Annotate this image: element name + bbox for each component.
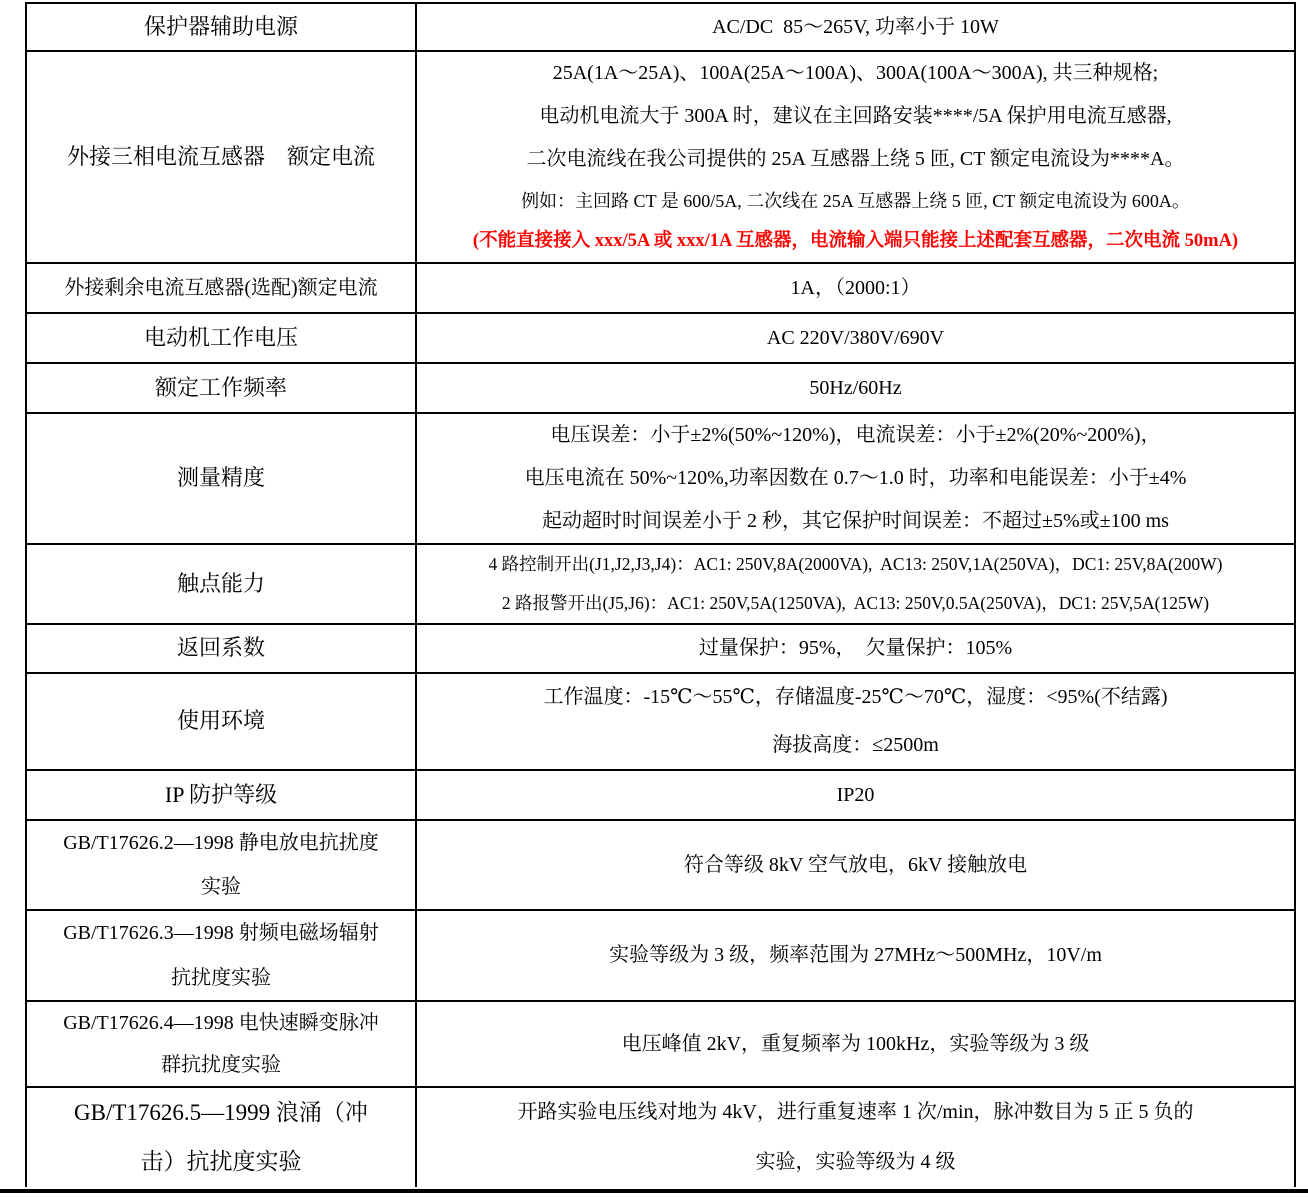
value-line: AC 220V/380V/690V — [425, 325, 1286, 352]
table-row: 电动机工作电压 AC 220V/380V/690V — [27, 314, 1294, 364]
label-line: 抗扰度实验 — [32, 964, 410, 992]
label-line: 击）抗扰度实验 — [32, 1146, 410, 1178]
row-value: 过量保护：95%， 欠量保护：105% — [417, 625, 1294, 672]
table-row: GB/T17626.5—1999 浪涌（冲 击）抗扰度实验 开路实验电压线对地为… — [27, 1088, 1294, 1187]
row-value: 电压峰值 2kV，重复频率为 100kHz，实验等级为 3 级 — [417, 1002, 1294, 1086]
row-value: AC 220V/380V/690V — [417, 314, 1294, 362]
label-line: 保护器辅助电源 — [32, 12, 410, 43]
row-label: GB/T17626.2—1998 静电放电抗扰度 实验 — [27, 821, 417, 909]
row-value: 开路实验电压线对地为 4kV，进行重复速率 1 次/min，脉冲数目为 5 正 … — [417, 1088, 1294, 1187]
label-line: GB/T17626.5—1999 浪涌（冲 — [32, 1097, 410, 1129]
row-value: 4 路控制开出(J1,J2,J3,J4)：AC1: 250V,8A(2000VA… — [417, 545, 1294, 623]
label-line: 测量精度 — [32, 463, 410, 494]
table-row: 使用环境 工作温度：-15℃～55℃，存储温度-25℃～70℃，湿度：<95%(… — [27, 674, 1294, 771]
row-value: 电压误差：小于±2%(50%~120%)，电流误差：小于±2%(20%~200%… — [417, 414, 1294, 543]
value-line: 50Hz/60Hz — [425, 375, 1286, 402]
label-line: 电动机工作电压 — [32, 323, 410, 354]
value-line: 工作温度：-15℃～55℃，存储温度-25℃～70℃，湿度：<95%(不结露) — [425, 684, 1286, 711]
row-value: 1A，（2000:1） — [417, 264, 1294, 312]
label-line: 使用环境 — [32, 706, 410, 737]
value-line: IP20 — [425, 782, 1286, 809]
value-line: 实验等级为 3 级，频率范围为 27MHz～500MHz，10V/m — [425, 942, 1286, 969]
row-value: 工作温度：-15℃～55℃，存储温度-25℃～70℃，湿度：<95%(不结露) … — [417, 674, 1294, 769]
value-line: 电压峰值 2kV，重复频率为 100kHz，实验等级为 3 级 — [425, 1031, 1286, 1058]
row-label: GB/T17626.3—1998 射频电磁场辐射 抗扰度实验 — [27, 911, 417, 1000]
table-row: 保护器辅助电源 AC/DC 85～265V, 功率小于 10W — [27, 4, 1294, 52]
label-line: 触点能力 — [32, 569, 410, 600]
value-line: 开路实验电压线对地为 4kV，进行重复速率 1 次/min，脉冲数目为 5 正 … — [425, 1099, 1286, 1126]
row-label: 保护器辅助电源 — [27, 4, 417, 50]
table-row: IP 防护等级 IP20 — [27, 771, 1294, 821]
value-line: 2 路报警开出(J5,J6)：AC1: 250V,5A(1250VA), AC1… — [425, 592, 1286, 616]
label-line: 返回系数 — [32, 633, 410, 664]
value-line: 电动机电流大于 300A 时，建议在主回路安装****/5A 保护用电流互感器, — [425, 103, 1286, 130]
row-value: 实验等级为 3 级，频率范围为 27MHz～500MHz，10V/m — [417, 911, 1294, 1000]
label-line: 额定工作频率 — [32, 373, 410, 404]
row-value: IP20 — [417, 771, 1294, 819]
value-line: 25A(1A～25A)、100A(25A～100A)、300A(100A～300… — [425, 60, 1286, 87]
value-line: 电压电流在 50%~120%,功率因数在 0.7～1.0 时，功率和电能误差：小… — [425, 465, 1286, 492]
value-line: 电压误差：小于±2%(50%~120%)，电流误差：小于±2%(20%~200%… — [425, 422, 1286, 449]
spec-table: 保护器辅助电源 AC/DC 85～265V, 功率小于 10W 外接三相电流互感… — [25, 2, 1296, 1187]
table-row: GB/T17626.4—1998 电快速瞬变脉冲 群抗扰度实验 电压峰值 2kV… — [27, 1002, 1294, 1088]
value-line: 过量保护：95%， 欠量保护：105% — [425, 635, 1286, 662]
table-row: 返回系数 过量保护：95%， 欠量保护：105% — [27, 625, 1294, 674]
label-line: IP 防护等级 — [32, 780, 410, 811]
row-label: 电动机工作电压 — [27, 314, 417, 362]
table-row: 额定工作频率 50Hz/60Hz — [27, 364, 1294, 414]
value-line: 二次电流线在我公司提供的 25A 互感器上绕 5 匝, CT 额定电流设为***… — [425, 146, 1286, 173]
row-value: 50Hz/60Hz — [417, 364, 1294, 412]
row-label: 额定工作频率 — [27, 364, 417, 412]
value-line: AC/DC 85～265V, 功率小于 10W — [425, 14, 1286, 41]
label-line: GB/T17626.3—1998 射频电磁场辐射 — [32, 919, 410, 947]
row-label: GB/T17626.5—1999 浪涌（冲 击）抗扰度实验 — [27, 1088, 417, 1187]
label-line: 群抗扰度实验 — [32, 1051, 410, 1079]
row-label: 返回系数 — [27, 625, 417, 672]
label-line: GB/T17626.2—1998 静电放电抗扰度 — [32, 829, 410, 857]
value-line: 实验，实验等级为 4 级 — [425, 1149, 1286, 1176]
table-row: 外接三相电流互感器 额定电流 25A(1A～25A)、100A(25A～100A… — [27, 52, 1294, 264]
row-label: 使用环境 — [27, 674, 417, 769]
value-line: 1A，（2000:1） — [425, 275, 1286, 302]
row-label: 触点能力 — [27, 545, 417, 623]
table-row: GB/T17626.3—1998 射频电磁场辐射 抗扰度实验 实验等级为 3 级… — [27, 911, 1294, 1002]
table-row: 触点能力 4 路控制开出(J1,J2,J3,J4)：AC1: 250V,8A(2… — [27, 545, 1294, 625]
row-label: 测量精度 — [27, 414, 417, 543]
table-row: 外接剩余电流互感器(选配)额定电流 1A，（2000:1） — [27, 264, 1294, 314]
label-line: 外接剩余电流互感器(选配)额定电流 — [32, 274, 410, 302]
warning-line: (不能直接接入 xxx/5A 或 xxx/1A 互感器，电流输入端只能接上述配套… — [425, 229, 1286, 254]
document-page: 保护器辅助电源 AC/DC 85～265V, 功率小于 10W 外接三相电流互感… — [0, 0, 1308, 1198]
value-line: 符合等级 8kV 空气放电，6kV 接触放电 — [425, 852, 1286, 879]
label-line: 实验 — [32, 873, 410, 901]
row-label: GB/T17626.4—1998 电快速瞬变脉冲 群抗扰度实验 — [27, 1002, 417, 1086]
table-row: GB/T17626.2—1998 静电放电抗扰度 实验 符合等级 8kV 空气放… — [27, 821, 1294, 911]
value-line: 4 路控制开出(J1,J2,J3,J4)：AC1: 250V,8A(2000VA… — [425, 553, 1286, 577]
row-value: 25A(1A～25A)、100A(25A～100A)、300A(100A～300… — [417, 52, 1294, 262]
row-value: AC/DC 85～265V, 功率小于 10W — [417, 4, 1294, 50]
table-row: 测量精度 电压误差：小于±2%(50%~120%)，电流误差：小于±2%(20%… — [27, 414, 1294, 545]
row-label: IP 防护等级 — [27, 771, 417, 819]
value-line: 海拔高度：≤2500m — [425, 732, 1286, 759]
page-bottom-rule — [0, 1189, 1308, 1193]
label-line: 外接三相电流互感器 额定电流 — [32, 142, 410, 173]
row-value: 符合等级 8kV 空气放电，6kV 接触放电 — [417, 821, 1294, 909]
row-label: 外接剩余电流互感器(选配)额定电流 — [27, 264, 417, 312]
value-line: 例如：主回路 CT 是 600/5A, 二次线在 25A 互感器上绕 5 匝, … — [425, 189, 1286, 213]
label-line: GB/T17626.4—1998 电快速瞬变脉冲 — [32, 1009, 410, 1037]
row-label: 外接三相电流互感器 额定电流 — [27, 52, 417, 262]
value-line: 起动超时时间误差小于 2 秒，其它保护时间误差：不超过±5%或±100 ms — [425, 508, 1286, 535]
